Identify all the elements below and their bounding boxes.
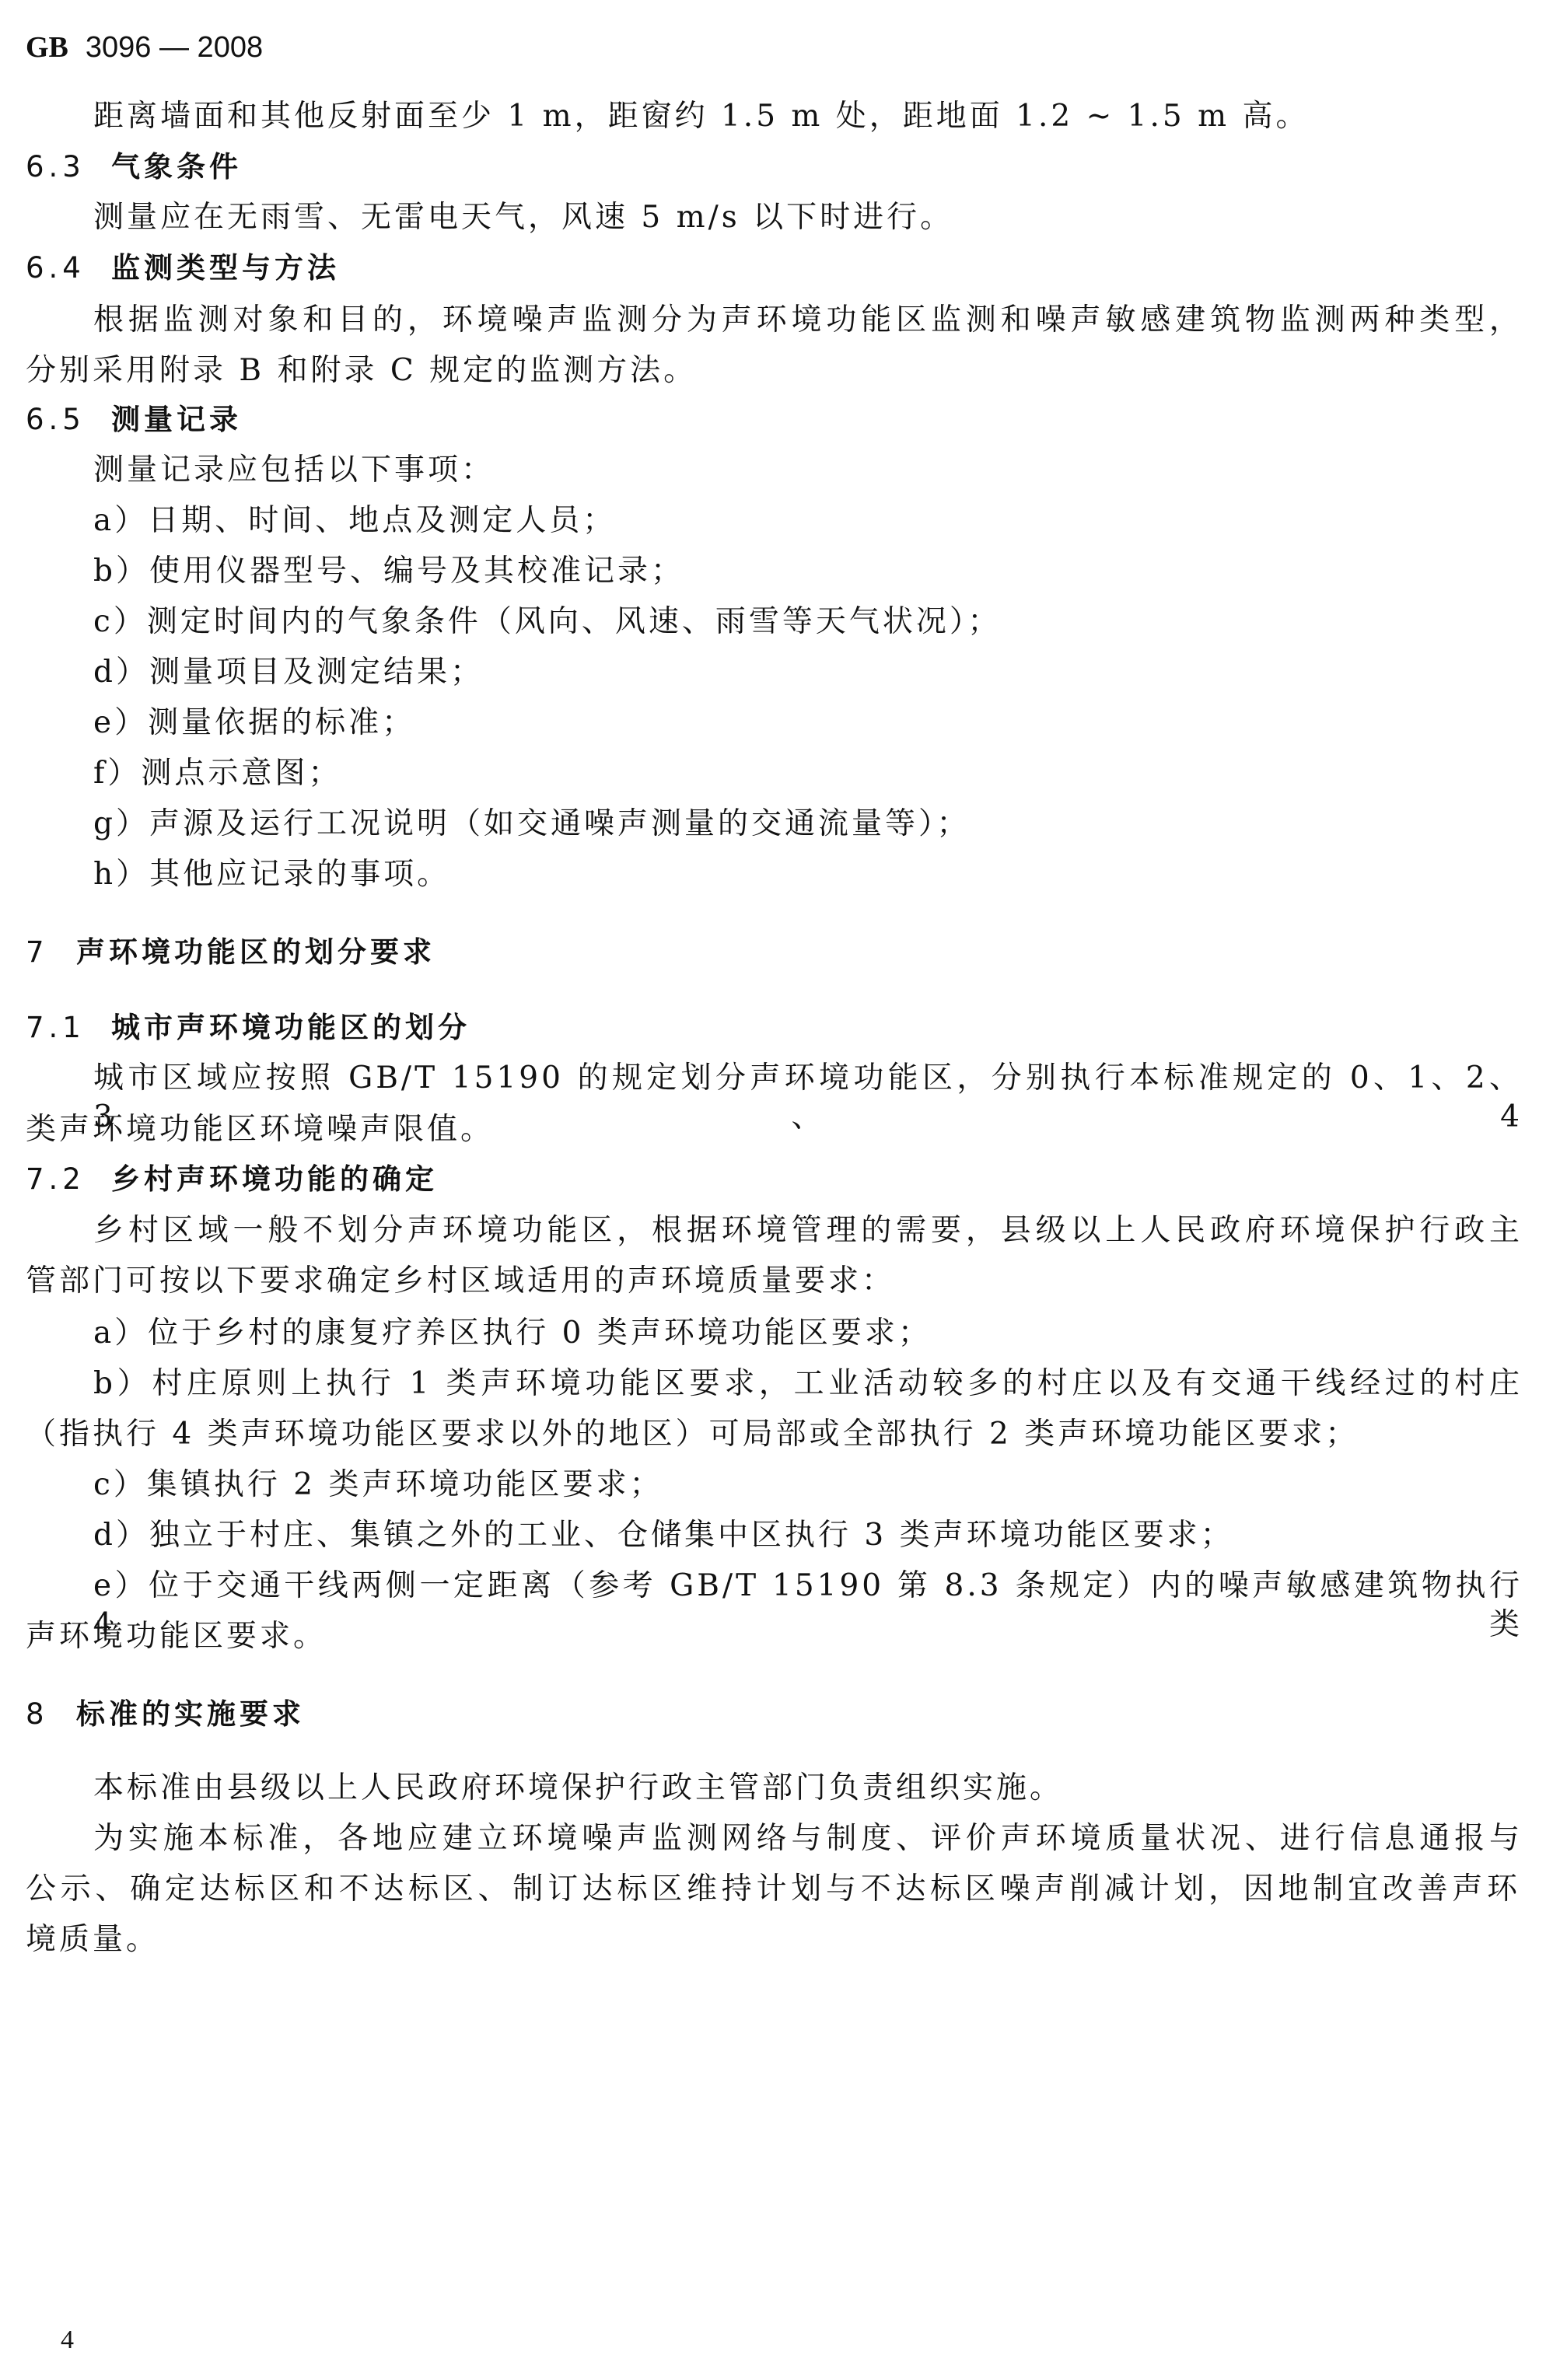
heading-6-4: 6.4监测类型与方法 xyxy=(26,249,340,288)
list-item: b）村庄原则上执行 1 类声环境功能区要求，工业活动较多的村庄以及有交通干线经过… xyxy=(93,1365,1523,1403)
heading-title: 气象条件 xyxy=(111,150,242,183)
heading-number: 7 xyxy=(26,933,76,972)
paragraph-7-1-line-2: 类声环境功能区环境噪声限值。 xyxy=(26,1110,494,1149)
heading-number: 6.3 xyxy=(26,148,111,187)
paragraph-8-1: 本标准由县级以上人民政府环境保护行政主管部门负责组织实施。 xyxy=(93,1769,1063,1808)
list-item: c）集镇执行 2 类声环境功能区要求； xyxy=(93,1466,663,1505)
heading-title: 城市声环境功能区的划分 xyxy=(111,1011,470,1044)
list-item: b）使用仪器型号、编号及其校准记录； xyxy=(93,552,684,591)
heading-6-3: 6.3气象条件 xyxy=(26,148,242,187)
paragraph-6-4-line-2: 分别采用附录 B 和附录 C 规定的监测方法。 xyxy=(26,351,697,390)
heading-number: 7.1 xyxy=(26,1008,111,1047)
heading-title: 监测类型与方法 xyxy=(111,251,340,285)
paragraph-7-2-line-1: 乡村区域一般不划分声环境功能区，根据环境管理的需要，县级以上人民政府环境保护行政… xyxy=(93,1211,1523,1250)
paragraph-7-1-line-1: 城市区域应按照 GB/T 15190 的规定划分声环境功能区，分别执行本标准规定… xyxy=(93,1059,1523,1098)
heading-title: 声环境功能区的划分要求 xyxy=(76,935,435,969)
heading-title: 乡村声环境功能的确定 xyxy=(111,1162,438,1196)
heading-7: 7声环境功能区的划分要求 xyxy=(26,933,435,972)
heading-7-1: 7.1城市声环境功能区的划分 xyxy=(26,1008,470,1047)
heading-title: 测量记录 xyxy=(111,403,242,436)
running-header: GB3096 — 2008 xyxy=(26,27,263,67)
heading-number: 6.5 xyxy=(26,400,111,439)
list-item: e）位于交通干线两侧一定距离（参考 GB/T 15190 第 8.3 条规定）内… xyxy=(93,1567,1523,1606)
list-item: c）测定时间内的气象条件（风向、风速、雨雪等天气状况）； xyxy=(93,603,1001,641)
page-number: 4 xyxy=(61,2325,74,2356)
list-item: d）独立于村庄、集镇之外的工业、仓储集中区执行 3 类声环境功能区要求； xyxy=(93,1516,1234,1555)
paragraph-7-2-line-2: 管部门可按以下要求确定乡村区域适用的声环境质量要求： xyxy=(26,1262,895,1301)
list-item: f）测点示意图； xyxy=(93,754,341,793)
standard-number: 3096 — 2008 xyxy=(86,31,263,64)
heading-title: 标准的实施要求 xyxy=(76,1697,305,1731)
list-item-continuation: 声环境功能区要求。 xyxy=(26,1617,327,1656)
paragraph-8-2-line-1: 为实施本标准，各地应建立环境噪声监测网络与制度、评价声环境质量状况、进行信息通报… xyxy=(93,1819,1523,1858)
standard-prefix: GB xyxy=(26,31,68,64)
paragraph-6-3: 测量应在无雨雪、无雷电天气，风速 5 m/s 以下时进行。 xyxy=(93,198,953,237)
heading-number: 8 xyxy=(26,1695,76,1734)
document-page: GB3096 — 2008 距离墙面和其他反射面至少 1 m，距窗约 1.5 m… xyxy=(0,0,1546,2380)
heading-number: 7.2 xyxy=(26,1160,111,1199)
list-item-continuation: （指执行 4 类声环境功能区要求以外的地区）可局部或全部执行 2 类声环境功能区… xyxy=(26,1415,1359,1454)
list-item: e）测量依据的标准； xyxy=(93,704,415,743)
list-item: a）位于乡村的康复疗养区执行 0 类声环境功能区要求； xyxy=(93,1314,932,1353)
continuation-paragraph: 距离墙面和其他反射面至少 1 m，距窗约 1.5 m 处，距地面 1.2 ~ 1… xyxy=(93,97,1309,136)
list-item: g）声源及运行工况说明（如交通噪声测量的交通流量等）； xyxy=(93,805,970,844)
heading-6-5: 6.5测量记录 xyxy=(26,400,242,439)
paragraph-6-5-intro: 测量记录应包括以下事项： xyxy=(93,451,495,490)
list-item: d）测量项目及测定结果； xyxy=(93,653,484,692)
heading-8: 8标准的实施要求 xyxy=(26,1695,305,1734)
heading-7-2: 7.2乡村声环境功能的确定 xyxy=(26,1160,438,1199)
paragraph-8-2-line-2: 公示、确定达标区和不达标区、制订达标区维持计划与不达标区噪声削减计划，因地制宜改… xyxy=(26,1870,1520,1909)
list-item: h）其他应记录的事项。 xyxy=(93,855,450,894)
list-item: a）日期、时间、地点及测定人员； xyxy=(93,502,616,540)
heading-number: 6.4 xyxy=(26,249,111,288)
paragraph-8-2-line-3: 境质量。 xyxy=(26,1920,159,1959)
paragraph-6-4-line-1: 根据监测对象和目的，环境噪声监测分为声环境功能区监测和噪声敏感建筑物监测两种类型… xyxy=(93,301,1523,340)
